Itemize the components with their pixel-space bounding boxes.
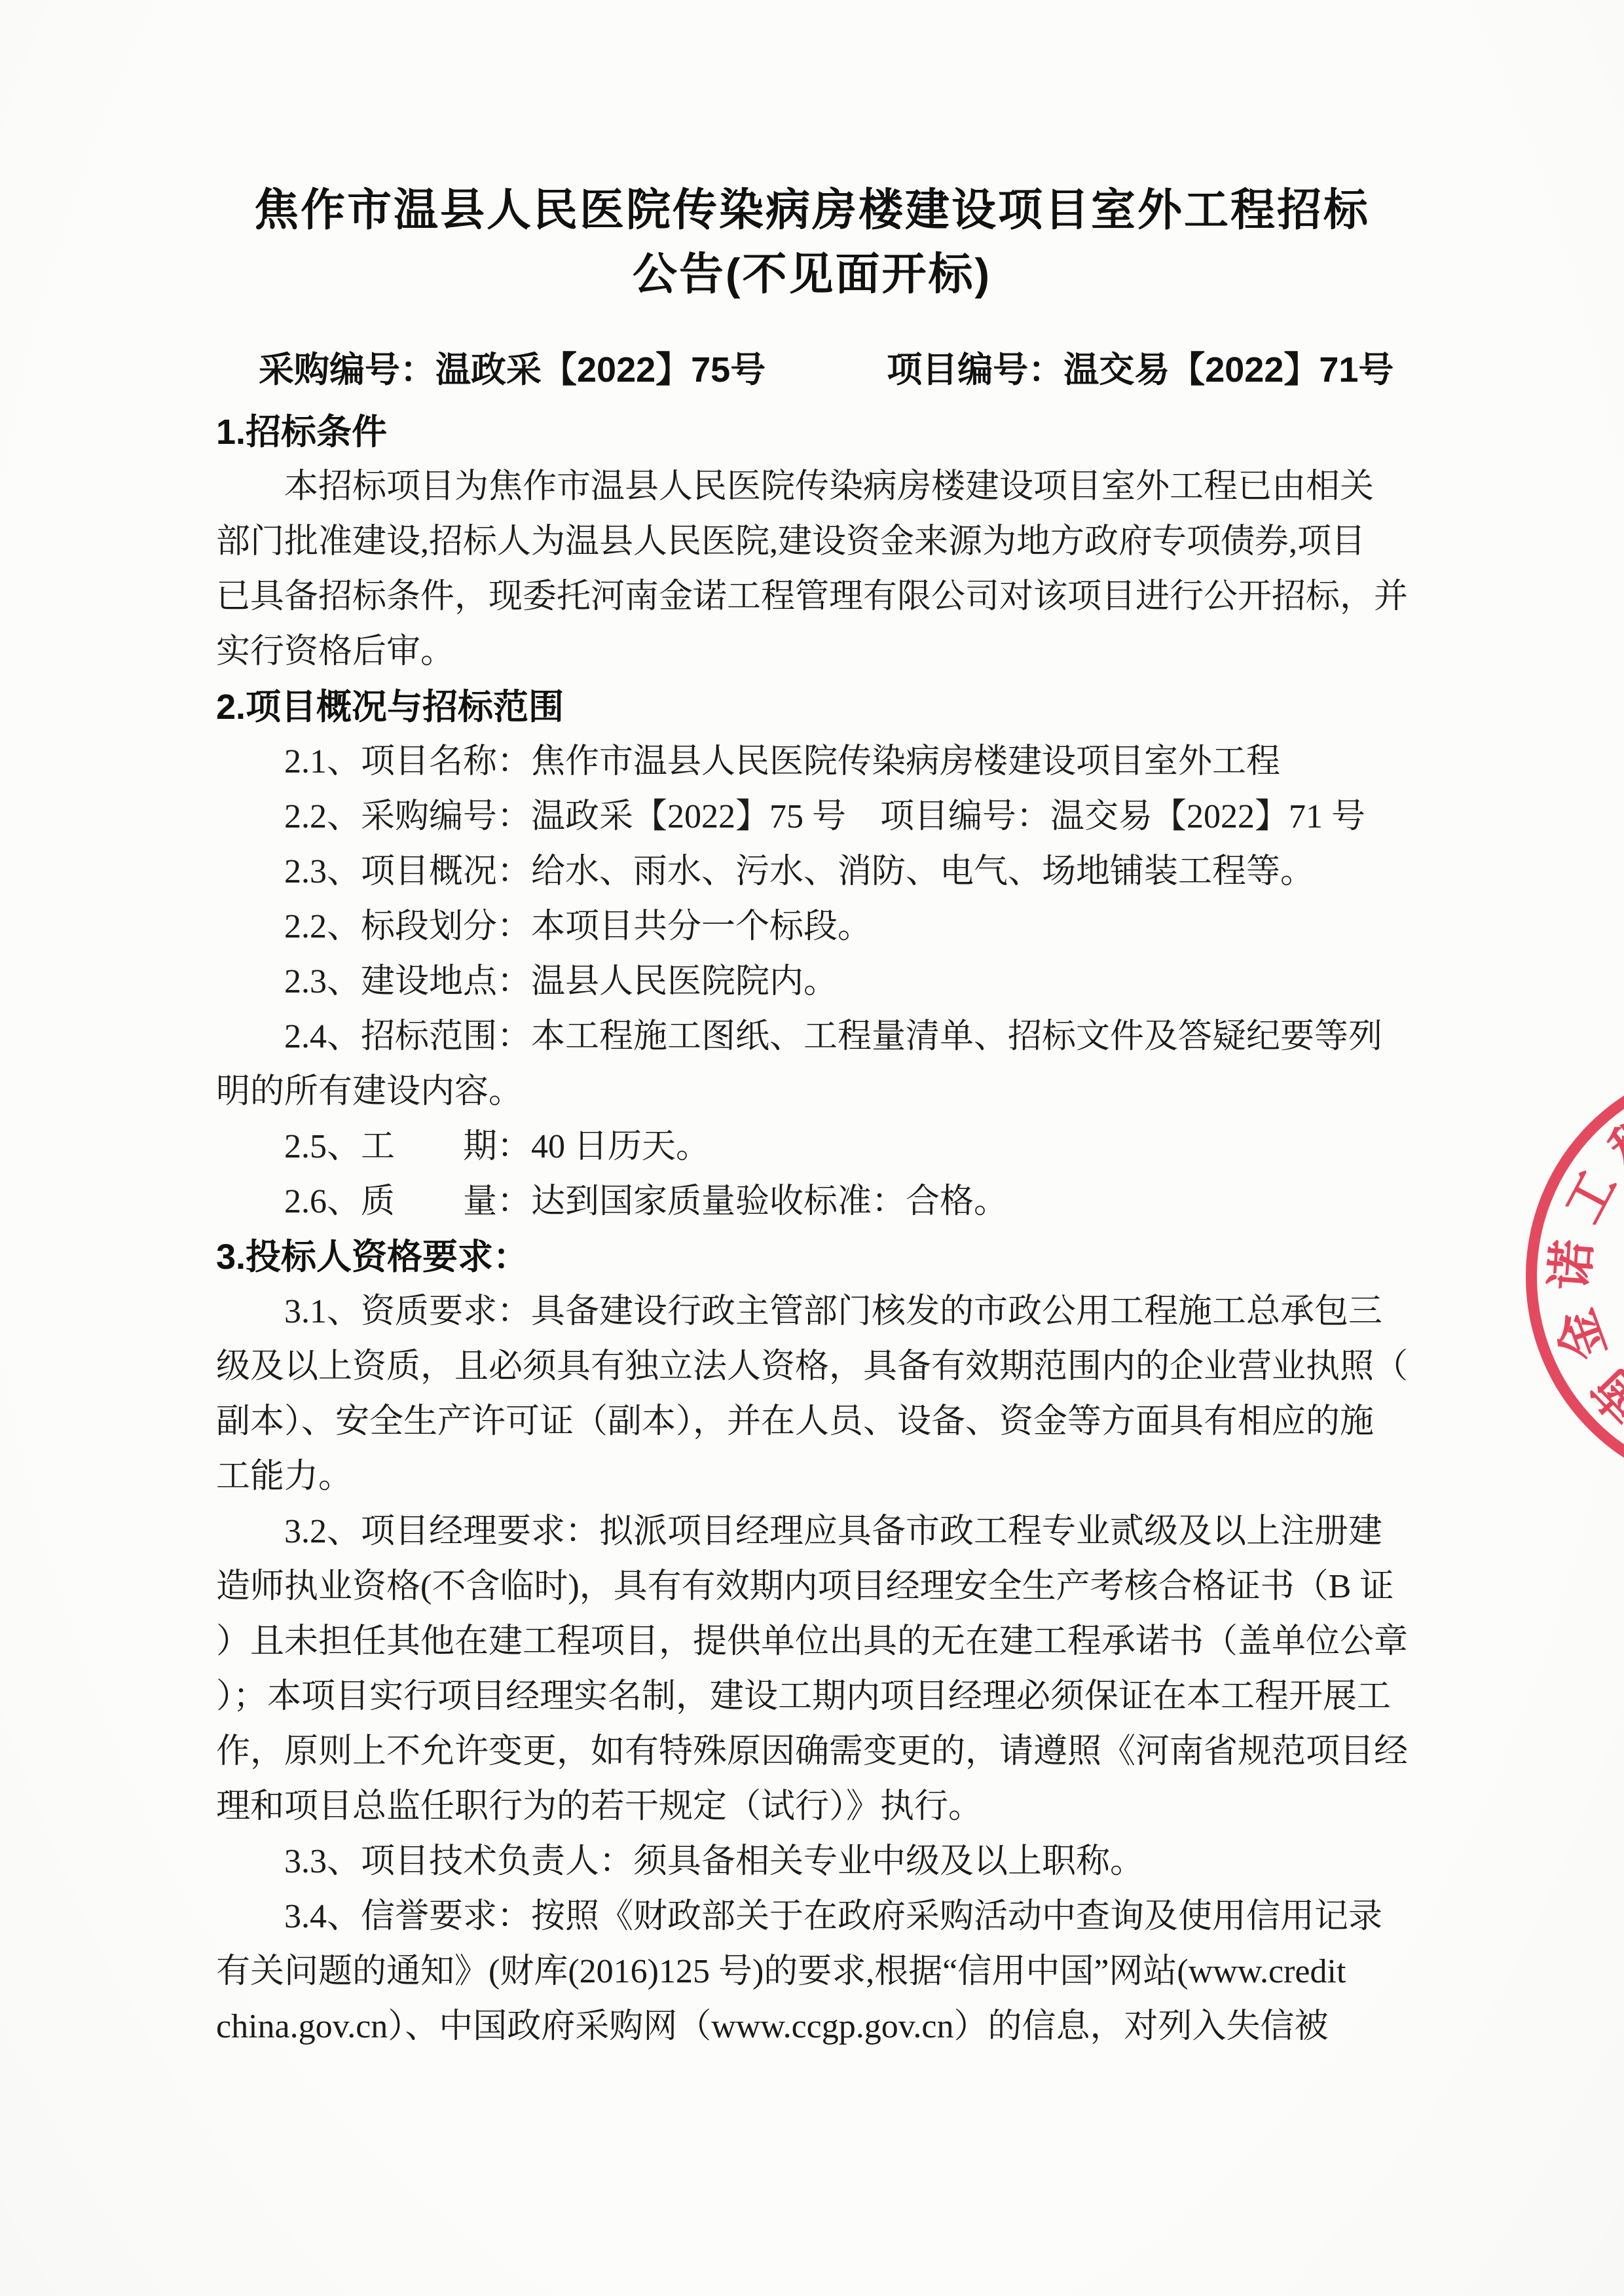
document-title-line1: 焦作市温县人民医院传染病房楼建设项目室外工程招标 xyxy=(157,178,1467,242)
doc-line: 2.1、项目名称：焦作市温县人民医院传染病房楼建设项目室外工程 xyxy=(216,735,1408,790)
doc-line: 1.招标条件 xyxy=(216,405,1408,460)
doc-line: 2.6、质 量：达到国家质量验收标准：合格。 xyxy=(216,1175,1408,1230)
doc-line: 2.3、建设地点：温县人民医院院内。 xyxy=(216,955,1408,1010)
document-title: 焦作市温县人民医院传染病房楼建设项目室外工程招标 公告(不见面开标) xyxy=(157,178,1467,306)
doc-line: 2.5、工 期：40 日历天。 xyxy=(216,1120,1408,1175)
doc-line: 造师执业资格(不含临时)，具有有效期内项目经理安全生产考核合格证书（B 证 xyxy=(216,1559,1408,1614)
document-body: 1.招标条件本招标项目为焦作市温县人民医院传染病房楼建设项目室外工程已由相关部门… xyxy=(216,405,1408,2054)
doc-line: 2.2、采购编号：温政采【2022】75 号 项目编号：温交易【2022】71 … xyxy=(216,790,1408,845)
doc-line: 3.4、信誉要求：按照《财政部关于在政府采购活动中查询及使用信用记录 xyxy=(216,1889,1408,1944)
doc-line: 实行资格后审。 xyxy=(216,625,1408,680)
doc-line: 3.投标人资格要求： xyxy=(216,1230,1408,1285)
doc-line: 作，原则上不允许变更，如有特殊原因确需变更的，请遵照《河南省规范项目经 xyxy=(216,1724,1408,1779)
doc-line: 3.2、项目经理要求：拟派项目经理应具备市政工程专业贰级及以上注册建 xyxy=(216,1504,1408,1559)
doc-line: china.gov.cn）、中国政府采购网（www.ccgp.gov.cn）的信… xyxy=(216,1999,1408,2054)
project-number: 项目编号：温交易【2022】71号 xyxy=(887,350,1393,390)
doc-line: 3.3、项目技术负责人：须具备相关专业中级及以上职称。 xyxy=(216,1834,1408,1889)
doc-line: ）；本项目实行项目经理实名制，建设工期内项目经理必须保证在本工程开展工 xyxy=(216,1669,1408,1724)
doc-line: 本招标项目为焦作市温县人民医院传染病房楼建设项目室外工程已由相关 xyxy=(216,460,1408,515)
doc-line: 已具备招标条件，现委托河南金诺工程管理有限公司对该项目进行公开招标，并 xyxy=(216,570,1408,625)
document-title-line2: 公告(不见面开标) xyxy=(157,242,1467,306)
doc-line: 副本）、安全生产许可证（副本），并在人员、设备、资金等方面具有相应的施 xyxy=(216,1394,1408,1449)
reference-numbers-row: 采购编号：温政采【2022】75号 项目编号：温交易【2022】71号 xyxy=(216,347,1408,393)
doc-line: 级及以上资质，且必须具有独立法人资格，具备有效期范围内的企业营业执照（ xyxy=(216,1339,1408,1394)
doc-line: 3.1、资质要求：具备建设行政主管部门核发的市政公用工程施工总承包三 xyxy=(216,1285,1408,1339)
document-page: 焦作市温县人民医院传染病房楼建设项目室外工程招标 公告(不见面开标) 采购编号：… xyxy=(0,0,1624,2296)
doc-line: 有关问题的通知》(财库(2016)125 号)的要求,根据“信用中国”网站(ww… xyxy=(216,1944,1408,1999)
doc-line: 明的所有建设内容。 xyxy=(216,1065,1408,1120)
doc-line: 理和项目总监任职行为的若干规定（试行）》执行。 xyxy=(216,1779,1408,1834)
doc-line: 工能力。 xyxy=(216,1449,1408,1504)
procurement-number: 采购编号：温政采【2022】75号 xyxy=(259,350,766,390)
doc-line: 2.2、标段划分：本项目共分一个标段。 xyxy=(216,900,1408,955)
doc-line: 2.4、招标范围：本工程施工图纸、工程量清单、招标文件及答疑纪要等列 xyxy=(216,1010,1408,1065)
doc-line: 部门批准建设,招标人为温县人民医院,建设资金来源为地方政府专项债券,项目 xyxy=(216,515,1408,570)
doc-line: ）且未担任其他在建工程项目，提供单位出具的无在建工程承诺书（盖单位公章 xyxy=(216,1614,1408,1669)
seal-arc-character: 诺 xyxy=(1543,1235,1602,1294)
doc-line: 2.3、项目概况：给水、雨水、污水、消防、电气、场地铺装工程等。 xyxy=(216,845,1408,900)
doc-line: 2.项目概况与招标范围 xyxy=(216,680,1408,735)
